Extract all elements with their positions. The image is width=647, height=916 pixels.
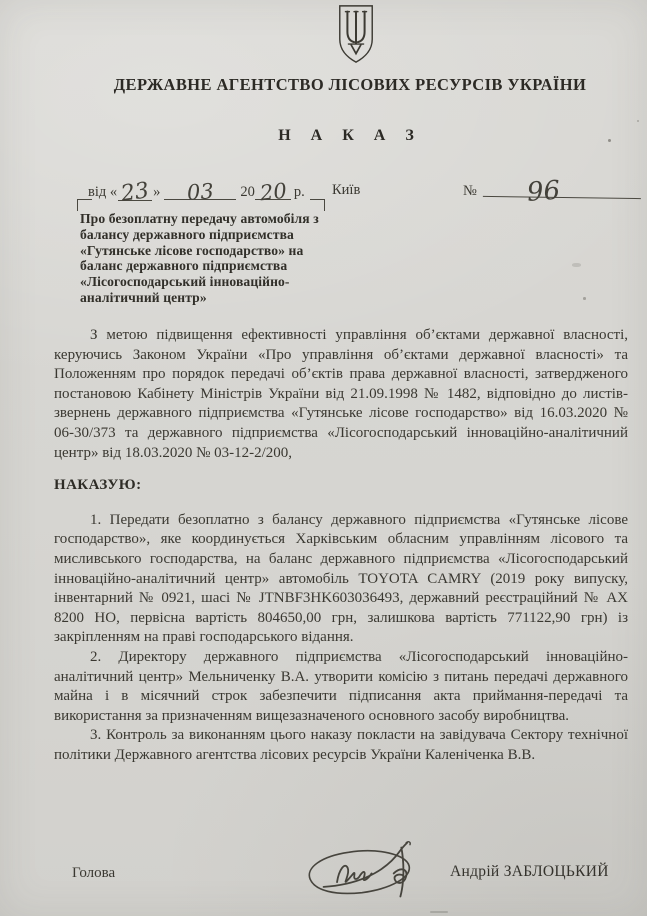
close-quote-label: » (153, 184, 160, 200)
scan-speck (616, 411, 618, 413)
date-prefix-label: від « (88, 184, 117, 200)
year-prefix-label: 20 (240, 184, 255, 200)
subject-text: Про безоплатну передачу автомобіля з бал… (80, 211, 325, 306)
order-item-1: 1. Передати безоплатно з балансу державн… (54, 511, 628, 648)
document-type-title: Н А К А З (54, 127, 646, 145)
city-label: Київ (332, 182, 360, 199)
order-body: З метою підвищення ефективності управлін… (54, 326, 628, 765)
subject-block: Про безоплатну передачу автомобіля з бал… (77, 199, 325, 306)
scan-speck (583, 297, 586, 300)
scan-speck (96, 540, 98, 542)
number-sign-label: № (463, 183, 477, 199)
number-blank: 96 (483, 179, 641, 199)
signer-name: Андрій ЗАБЛОЦЬКИЙ (450, 863, 609, 881)
year-blank: 20 (255, 182, 291, 200)
scan-speck (430, 911, 448, 913)
handwritten-number: 96 (527, 184, 561, 200)
scan-speck (608, 139, 611, 142)
signer-position-label: Голова (72, 865, 115, 882)
corner-mark-right (310, 199, 325, 211)
order-items: 1. Передати безоплатно з балансу державн… (54, 511, 628, 766)
corner-mark-left (77, 199, 92, 211)
handwritten-month: 03 (187, 184, 215, 200)
agency-title: ДЕРЖАВНЕ АГЕНТСТВО ЛІСОВИХ РЕСУРСІВ УКРА… (54, 75, 646, 96)
handwritten-year: 20 (259, 184, 287, 201)
order-item-3: 3. Контроль за виконанням цього наказу п… (54, 726, 628, 765)
scan-speck (572, 263, 581, 267)
ukraine-trident-emblem (334, 3, 378, 66)
year-suffix-label: р. (294, 184, 305, 200)
order-item-2: 2. Директору державного підприємства «Лі… (54, 648, 628, 726)
preamble-paragraph: З метою підвищення ефективності управлін… (54, 326, 628, 463)
scanned-order-document: ДЕРЖАВНЕ АГЕНТСТВО ЛІСОВИХ РЕСУРСІВ УКРА… (0, 0, 647, 916)
document-number-field: №96 (463, 180, 641, 200)
handwritten-signature-icon (293, 836, 431, 908)
month-blank: 03 (164, 182, 236, 200)
scan-speck (637, 120, 639, 122)
order-heading: НАКАЗУЮ: (54, 476, 628, 496)
